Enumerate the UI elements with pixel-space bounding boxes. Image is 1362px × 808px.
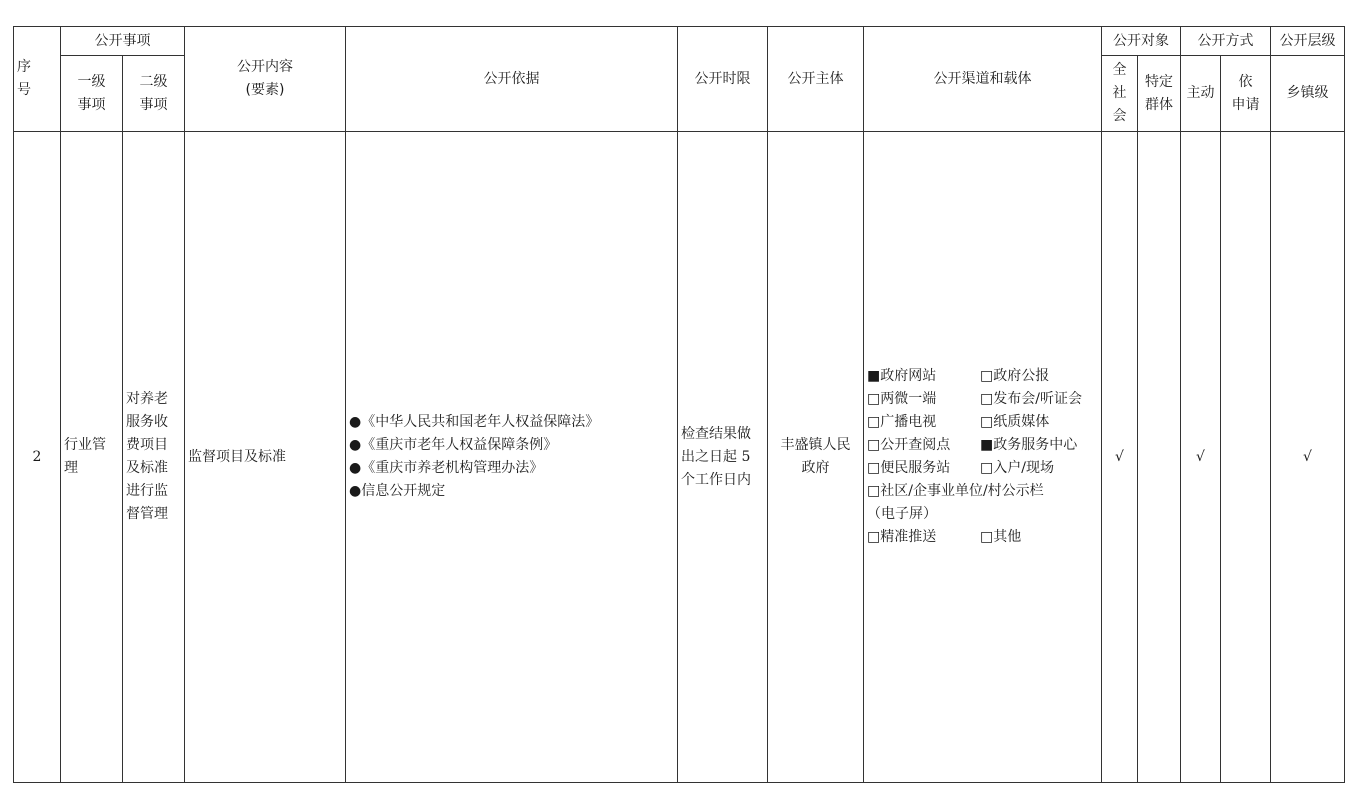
- header-level-group: 公开层级: [1271, 27, 1345, 56]
- header-method-request: 依 申请: [1221, 56, 1271, 132]
- channel-electronic-screen: （电子屏）: [867, 503, 937, 526]
- basis-item: ●信息公开规定: [349, 480, 677, 503]
- channel-broadcast-tv: □广播电视: [867, 411, 980, 434]
- header-row-1: 序 号 公开事项 公开内容 (要素) 公开依据 公开时限 公开主体 公开渠道和载…: [14, 27, 1345, 56]
- channel-service-station: □便民服务站: [867, 457, 980, 480]
- cell-level1: 行业管 理: [61, 132, 123, 783]
- header-level2: 二级 事项: [123, 56, 185, 132]
- channel-bulletin-board: □社区/企事业单位/村公示栏: [867, 480, 1044, 503]
- header-time-limit: 公开时限: [678, 27, 768, 132]
- channel-gov-gazette: □政府公报: [980, 365, 1049, 388]
- header-audience-all: 全 社 会: [1102, 56, 1138, 132]
- cell-basis: ●《中华人民共和国老年人权益保障法》 ●《重庆市老年人权益保障条例》 ●《重庆市…: [346, 132, 678, 783]
- header-level1: 一级 事项: [61, 56, 123, 132]
- channel-row: ■政府网站 □政府公报: [867, 365, 1101, 388]
- table-row: 2 行业管 理 对养老 服务收 费项目 及标准 进行监 督管理 监督项目及标准 …: [14, 132, 1345, 783]
- channel-row: □公开查阅点 ■政务服务中心: [867, 434, 1101, 457]
- cell-level-township: √: [1271, 132, 1345, 783]
- header-method-active: 主动: [1181, 56, 1221, 132]
- cell-audience-specific: [1138, 132, 1181, 783]
- header-content: 公开内容 (要素): [185, 27, 346, 132]
- channel-precise-push: □精准推送: [867, 526, 980, 549]
- disclosure-table: 序 号 公开事项 公开内容 (要素) 公开依据 公开时限 公开主体 公开渠道和载…: [13, 26, 1345, 783]
- basis-item: ●《重庆市养老机构管理办法》: [349, 457, 677, 480]
- cell-method-active: √: [1181, 132, 1221, 783]
- channel-press-hearing: □发布会/听证会: [980, 388, 1082, 411]
- header-subject: 公开主体: [768, 27, 864, 132]
- header-method-group: 公开方式: [1181, 27, 1271, 56]
- header-seq: 序 号: [14, 27, 61, 132]
- cell-content: 监督项目及标准: [185, 132, 346, 783]
- channel-wechat-weibo-app: □两微一端: [867, 388, 980, 411]
- header-matters-group: 公开事项: [61, 27, 185, 56]
- cell-seq: 2: [14, 132, 61, 783]
- header-level-township: 乡镇级: [1271, 56, 1345, 132]
- channel-row: （电子屏）: [867, 503, 1101, 526]
- cell-channels: ■政府网站 □政府公报 □两微一端 □发布会/听证会 □广播电视 □纸质媒体 □…: [864, 132, 1102, 783]
- header-audience-specific: 特定 群体: [1138, 56, 1181, 132]
- cell-time-limit: 检查结果做 出之日起 5 个工作日内: [678, 132, 768, 783]
- cell-level2: 对养老 服务收 费项目 及标准 进行监 督管理: [123, 132, 185, 783]
- channel-print-media: □纸质媒体: [980, 411, 1049, 434]
- channel-gov-website: ■政府网站: [867, 365, 980, 388]
- channel-row: □社区/企事业单位/村公示栏: [867, 480, 1101, 503]
- channel-other: □其他: [980, 526, 1021, 549]
- channel-row: □精准推送 □其他: [867, 526, 1101, 549]
- cell-subject: 丰盛镇人民 政府: [768, 132, 864, 783]
- cell-audience-all: √: [1102, 132, 1138, 783]
- channel-row: □便民服务站 □入户/现场: [867, 457, 1101, 480]
- channel-public-reading-point: □公开查阅点: [867, 434, 980, 457]
- header-channels: 公开渠道和载体: [864, 27, 1102, 132]
- cell-method-request: [1221, 132, 1271, 783]
- basis-item: ●《中华人民共和国老年人权益保障法》: [349, 411, 677, 434]
- header-audience-group: 公开对象: [1102, 27, 1181, 56]
- channel-row: □广播电视 □纸质媒体: [867, 411, 1101, 434]
- channel-door-to-door: □入户/现场: [980, 457, 1054, 480]
- header-basis: 公开依据: [346, 27, 678, 132]
- basis-item: ●《重庆市老年人权益保障条例》: [349, 434, 677, 457]
- channel-row: □两微一端 □发布会/听证会: [867, 388, 1101, 411]
- channel-gov-service-center: ■政务服务中心: [980, 434, 1077, 457]
